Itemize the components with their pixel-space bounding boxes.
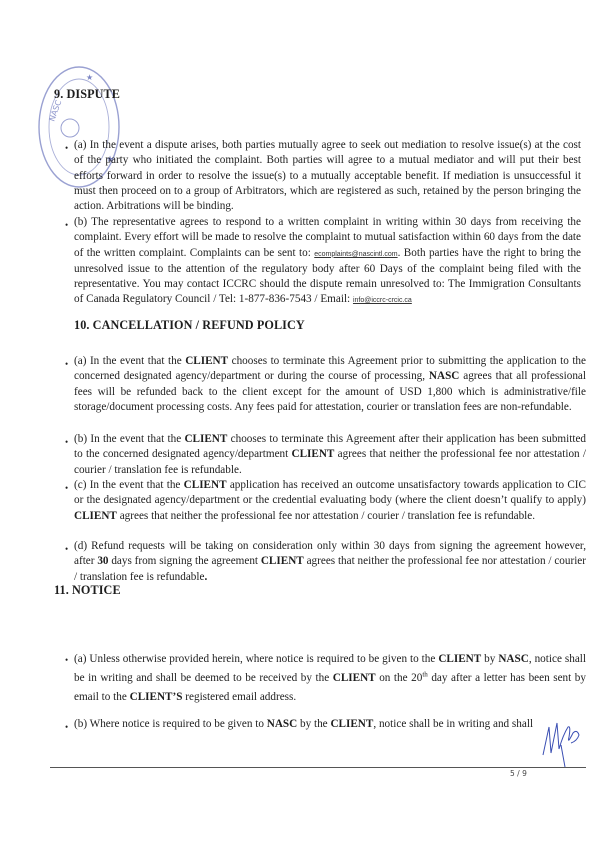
svg-text:★: ★ [86, 73, 93, 82]
dispute-clause-a: (a) In the event a dispute arises, both … [74, 138, 581, 214]
bullet-icon: • [65, 143, 68, 153]
refund-clause-c: (c) In the event that the CLIENT applica… [74, 478, 586, 524]
refund-clause-d: (d) Refund requests will be taking on co… [74, 539, 586, 585]
footer-divider [50, 767, 586, 768]
complaints-email-link[interactable]: ecomplaints@nascintl.com [314, 251, 397, 258]
page-number: 5 / 9 [510, 769, 527, 778]
section-heading-notice: 11. NOTICE [54, 583, 121, 598]
notice-clause-b: (b) Where notice is required to be given… [74, 717, 586, 732]
bullet-icon: • [65, 220, 68, 230]
notice-clause-a: (a) Unless otherwise provided herein, wh… [74, 650, 586, 707]
bullet-icon: • [65, 437, 68, 447]
bullet-icon: • [65, 483, 68, 493]
bullet-icon: • [65, 722, 68, 732]
bullet-icon: • [65, 655, 68, 665]
iccrc-email-link[interactable]: info@iccrc-crcic.ca [353, 297, 412, 304]
bullet-icon: • [65, 359, 68, 369]
bullet-icon: • [65, 544, 68, 554]
signature-icon [535, 715, 585, 770]
document-page: NASC ★ ★ 9. DISPUTE • (a) In the event a… [0, 0, 599, 847]
refund-clause-a: (a) In the event that the CLIENT chooses… [74, 354, 586, 415]
svg-text:NASC: NASC [47, 98, 63, 122]
section-heading-cancellation: 10. CANCELLATION / REFUND POLICY [74, 318, 305, 333]
section-heading-dispute: 9. DISPUTE [54, 87, 120, 102]
refund-clause-b: (b) In the event that the CLIENT chooses… [74, 432, 586, 478]
dispute-clause-b: (b) The representative agrees to respond… [74, 215, 581, 309]
